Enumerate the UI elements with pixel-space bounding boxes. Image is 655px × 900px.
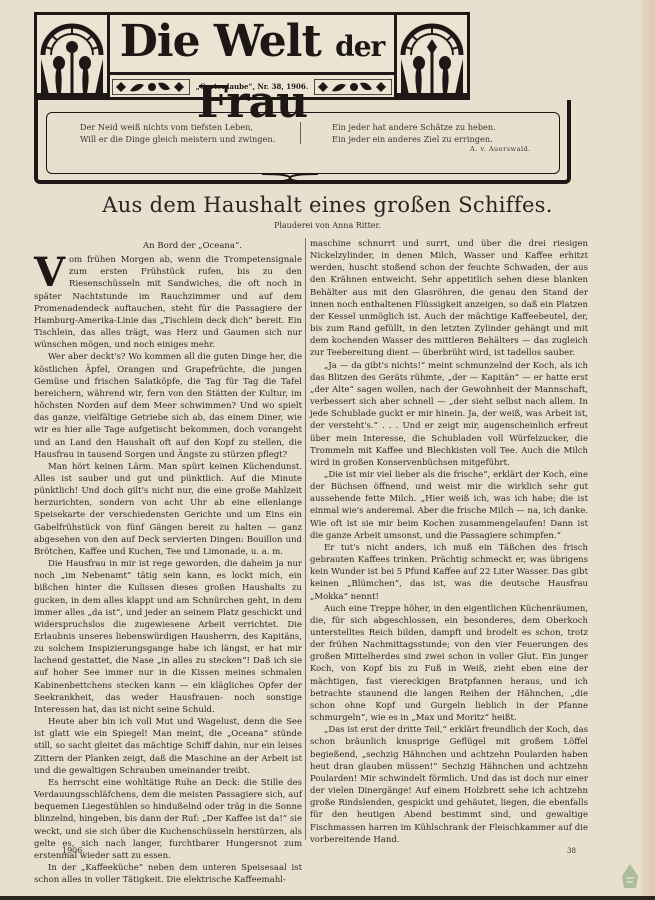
epigraph-author: A. v. Auerswald. xyxy=(470,145,531,153)
footer-year: 1906. xyxy=(62,846,85,855)
epigraph-right: Ein jeder hat andere Schätze zu heben. E… xyxy=(332,121,562,145)
issue-label: „Gartenlaube“, Nr. 38, 1906. xyxy=(194,79,310,95)
knot-ornament-icon xyxy=(262,172,318,184)
dateline: An Bord der „Oceana“. xyxy=(34,240,302,252)
floral-ornament-icon xyxy=(394,12,470,100)
paragraph: Auch eine Treppe höher, in den eigentlic… xyxy=(310,603,588,725)
floral-ornament-icon xyxy=(34,12,110,100)
library-stamp-icon xyxy=(618,862,642,890)
vine-ornament-icon xyxy=(314,79,392,95)
article-column-right: maschine schnurrt und surrt, und über di… xyxy=(310,238,588,846)
epigraph-line: Ein jeder hat andere Schätze zu heben. xyxy=(332,121,562,133)
paragraph: Wer aber deckt's? Wo kommen all die gute… xyxy=(34,351,302,460)
paragraph: „Die ist mir viel lieber als die frische… xyxy=(310,469,588,542)
masthead-title: Die Welt der Frau xyxy=(110,14,394,70)
article-byline: Plauderei von Anna Ritter. xyxy=(60,221,595,230)
epigraph-line: Ein jeder ein anderes Ziel zu erringen. xyxy=(332,133,562,145)
paragraph: Er tut's nicht anders, ich muß ein Täßch… xyxy=(310,542,588,603)
paragraph: „Ja — da gibt's nichts!“ meint schmunzel… xyxy=(310,360,588,469)
masthead-title-word: Die Welt xyxy=(120,16,321,67)
masthead-title-word: der xyxy=(335,30,384,63)
paragraph: Man hört keinen Lärm. Man spürt keinen K… xyxy=(34,461,302,558)
drop-cap: V xyxy=(34,256,65,290)
page-edge xyxy=(641,0,655,900)
paragraph: Vom frühen Morgen ab, wenn die Trompeten… xyxy=(34,254,302,351)
page-number: 38 xyxy=(567,847,576,855)
paragraph: In der „Kaffeeküche“ neben dem unteren S… xyxy=(34,862,302,886)
epigraph-line: Will er die Dinge gleich meistern und zw… xyxy=(80,133,290,145)
paragraph: „Das ist erst der dritte Teil,“ erklärt … xyxy=(310,724,588,846)
paragraph: maschine schnurrt und surrt, und über di… xyxy=(310,238,588,360)
epigraph-divider xyxy=(300,122,301,144)
column-divider xyxy=(305,238,306,840)
article-title: Aus dem Haushalt eines großen Schiffes. xyxy=(60,190,595,220)
epigraph-line: Der Neid weiß nichts vom tiefsten Leben, xyxy=(80,121,290,133)
masthead-band: „Gartenlaube“, Nr. 38, 1906. xyxy=(110,72,394,99)
article-column-left: An Bord der „Oceana“. Vom frühen Morgen … xyxy=(34,240,302,886)
paragraph-text: om frühen Morgen ab, wenn die Trompetens… xyxy=(34,255,302,350)
epigraph-left: Der Neid weiß nichts vom tiefsten Leben,… xyxy=(80,121,290,145)
vine-ornament-icon xyxy=(112,79,190,95)
paragraph: Heute aber bin ich voll Mut und Wagelust… xyxy=(34,716,302,777)
page-bottom-edge xyxy=(0,896,655,900)
paragraph: Die Hausfrau in mir ist rege geworden, d… xyxy=(34,558,302,716)
